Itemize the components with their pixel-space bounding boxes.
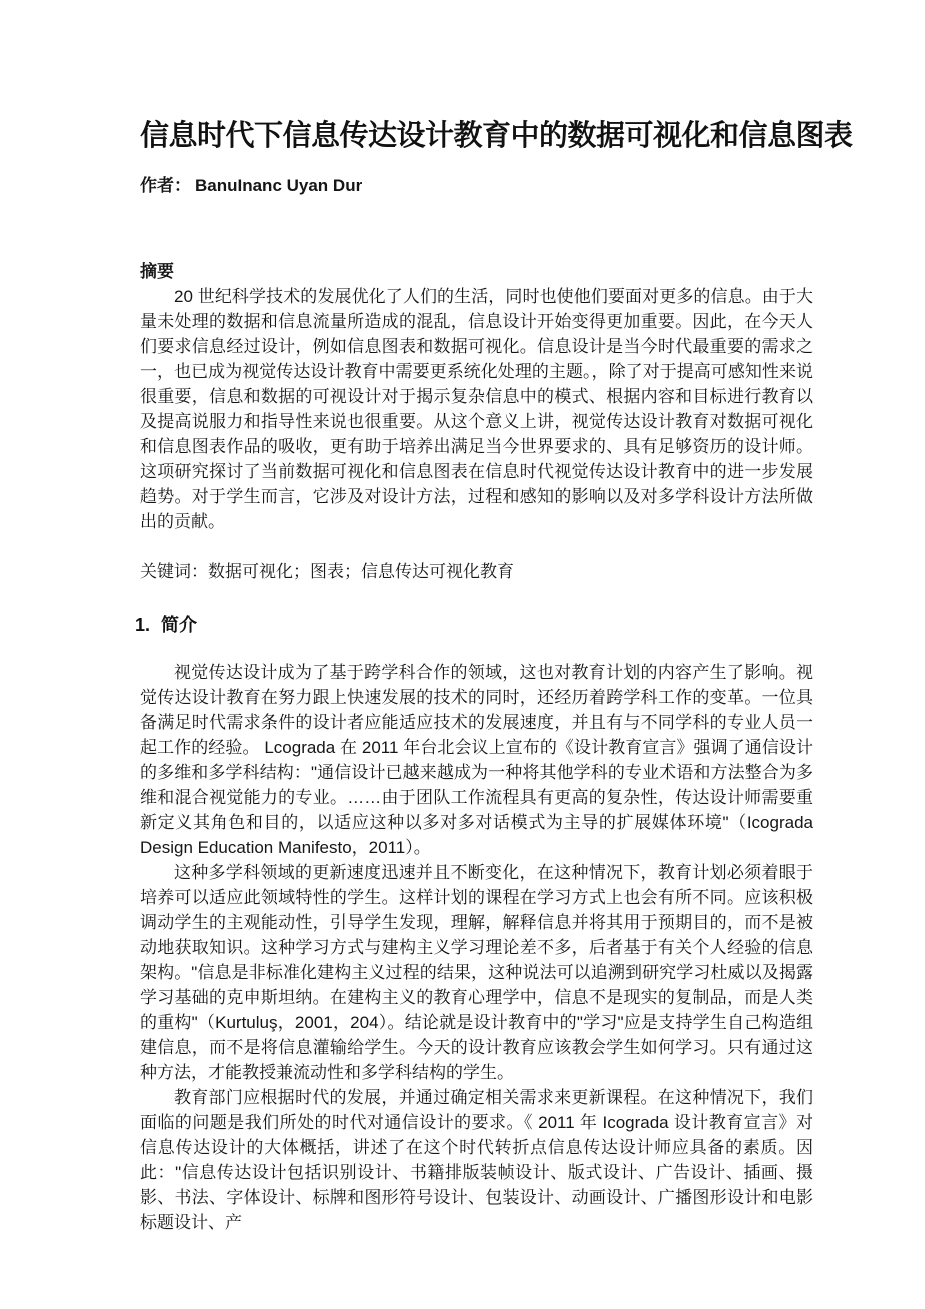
section-number: 1. (135, 611, 161, 639)
section-paragraph: 这种多学科领域的更新速度迅速并且不断变化，在这种情况下，教育计划必须着眼于培养可… (140, 860, 813, 1085)
author-name: BanuInanc Uyan Dur (195, 176, 362, 195)
page-title: 信息时代下信息传达设计教育中的数据可视化和信息图表 (140, 119, 813, 153)
section-title: 简介 (161, 611, 197, 639)
section-heading: 1. 简介 (140, 611, 813, 639)
section-body: 视觉传达设计成为了基于跨学科合作的领域，这也对教育计划的内容产生了影响。视觉传达… (140, 660, 813, 1235)
section-paragraph: 视觉传达设计成为了基于跨学科合作的领域，这也对教育计划的内容产生了影响。视觉传达… (140, 660, 813, 860)
abstract-section: 摘要 20 世纪科学技术的发展优化了人们的生活，同时也使他们要面对更多的信息。由… (140, 259, 813, 534)
author-label: 作者： (140, 176, 191, 195)
abstract-heading: 摘要 (140, 259, 813, 284)
section-paragraph: 教育部门应根据时代的发展，并通过确定相关需求来更新课程。在这种情况下，我们面临的… (140, 1085, 813, 1235)
document-page: 信息时代下信息传达设计教育中的数据可视化和信息图表 作者：BanuInanc U… (0, 0, 925, 1309)
author-line: 作者：BanuInanc Uyan Dur (140, 175, 813, 197)
abstract-text: 20 世纪科学技术的发展优化了人们的生活，同时也使他们要面对更多的信息。由于大量… (140, 284, 813, 534)
keywords-line: 关键词：数据可视化；图表；信息传达可视化教育 (140, 559, 813, 584)
